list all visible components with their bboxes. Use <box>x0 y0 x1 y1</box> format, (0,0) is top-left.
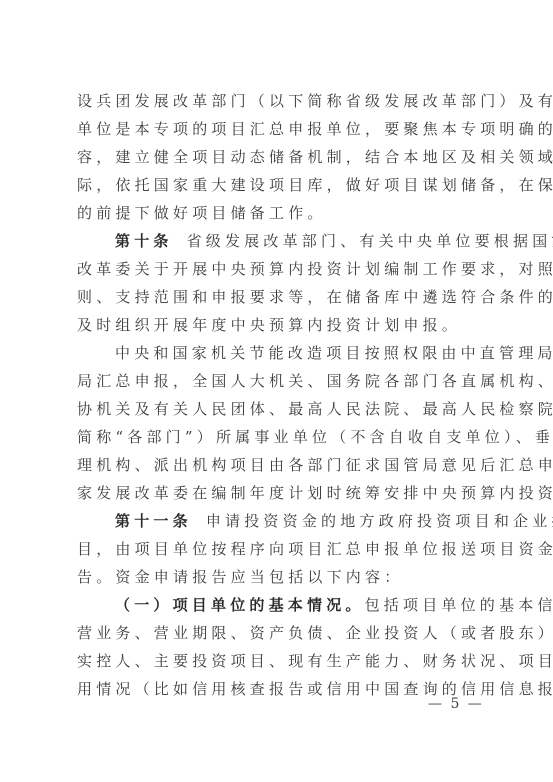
text-line: （一）项目单位的基本情况。包括项目单位的基本信息、主 <box>77 591 481 619</box>
text-line: 局汇总申报，全国人大机关、国务院各部门各直属机构、全国政 <box>77 367 481 395</box>
text-line: 中央和国家机关节能改造项目按照权限由中直管理局、国管 <box>77 339 481 367</box>
text-line: 协机关及有关人民团体、最高人民法院、最高人民检察院（以下 <box>77 395 481 423</box>
text-line: 告。资金申请报告应当包括以下内容： <box>77 563 481 591</box>
text-line: 实控人、主要投资项目、现有生产能力、财务状况、项目单位信 <box>77 647 481 675</box>
page-number: — 5 — <box>428 694 484 714</box>
item-text: 包括项目单位的基本信息、主 <box>365 596 553 614</box>
article-10: 第十条省级发展改革部门、有关中央单位要根据国家发展 改革委关于开展中央预算内投资… <box>77 227 481 339</box>
text-line: 际，依托国家重大建设项目库，做好项目谋划储备，在保障质量 <box>77 171 481 199</box>
text-line: 理机构、派出机构项目由各部门征求国管局意见后汇总申报。国 <box>77 451 481 479</box>
text-line: 的前提下做好项目储备工作。 <box>77 199 481 227</box>
text-line: 设兵团发展改革部门（以下简称省级发展改革部门）及有关中央 <box>77 87 481 115</box>
text-line: 简称“各部门”）所属事业单位（不含自收自支单位）、垂直管 <box>77 423 481 451</box>
article-heading: 第十一条 <box>115 512 192 530</box>
text-line: 第十条省级发展改革部门、有关中央单位要根据国家发展 <box>77 227 481 255</box>
text-line: 则、支持范围和申报要求等，在储备库中遴选符合条件的项目， <box>77 283 481 311</box>
text-line: 及时组织开展年度中央预算内投资计划申报。 <box>77 311 481 339</box>
text-line: 目，由项目单位按程序向项目汇总申报单位报送项目资金申请报 <box>77 535 481 563</box>
article-11: 第十一条申请投资资金的地方政府投资项目和企业投资项 目，由项目单位按程序向项目汇… <box>77 507 481 591</box>
item-1-basic-info: （一）项目单位的基本情况。包括项目单位的基本信息、主 营业务、营业期限、资产负债… <box>77 591 481 703</box>
text-line: 用情况（比如信用核查报告或信用中国查询的信用信息报告） <box>77 675 481 703</box>
paragraph-continuation: 设兵团发展改革部门（以下简称省级发展改革部门）及有关中央 单位是本专项的项目汇总… <box>77 87 481 227</box>
text-line: 单位是本专项的项目汇总申报单位，要聚焦本专项明确的建设内 <box>77 115 481 143</box>
text-line: 第十一条申请投资资金的地方政府投资项目和企业投资项 <box>77 507 481 535</box>
text-line: 家发展改革委在编制年度计划时统筹安排中央预算内投资。 <box>77 479 481 507</box>
document-body: 设兵团发展改革部门（以下简称省级发展改革部门）及有关中央 单位是本专项的项目汇总… <box>77 87 481 703</box>
text-line: 营业务、营业期限、资产负债、企业投资人（或者股东）构成及 <box>77 619 481 647</box>
article-text: 申请投资资金的地方政府投资项目和企业投资项 <box>206 512 553 530</box>
article-heading: 第十条 <box>115 232 173 250</box>
text-line: 改革委关于开展中央预算内投资计划编制工作要求，对照主要原 <box>77 255 481 283</box>
article-text: 省级发展改革部门、有关中央单位要根据国家发展 <box>187 232 553 250</box>
document-page: 设兵团发展改革部门（以下简称省级发展改革部门）及有关中央 单位是本专项的项目汇总… <box>0 0 553 782</box>
paragraph-central-organs: 中央和国家机关节能改造项目按照权限由中直管理局、国管 局汇总申报，全国人大机关、… <box>77 339 481 507</box>
item-heading: （一）项目单位的基本情况。 <box>115 596 365 614</box>
text-line: 容，建立健全项目动态储备机制，结合本地区及相关领域工作实 <box>77 143 481 171</box>
